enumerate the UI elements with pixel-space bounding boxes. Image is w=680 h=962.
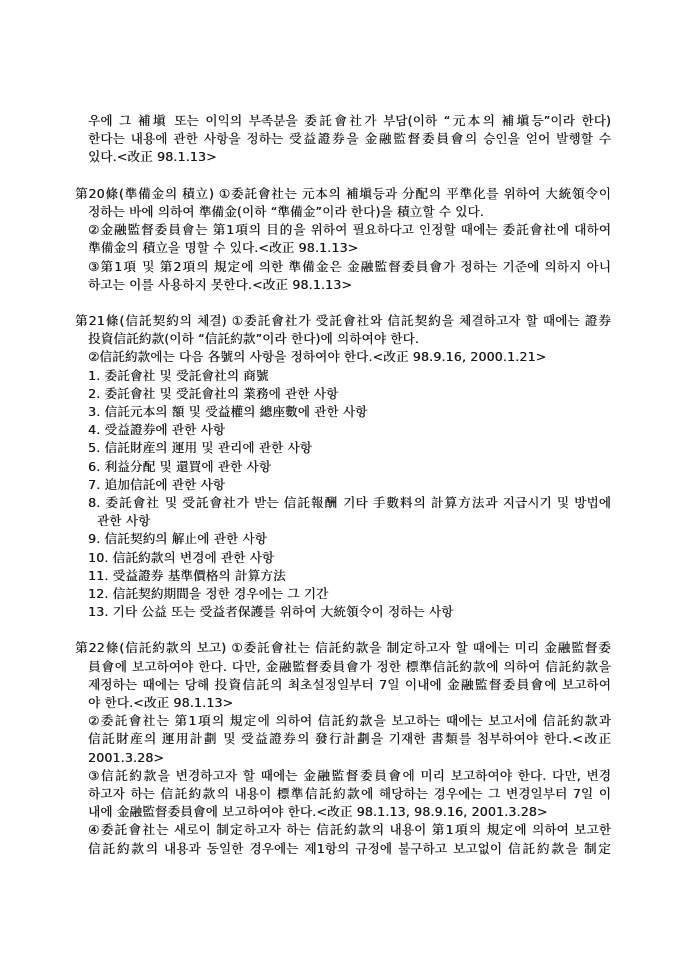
text-line: 하고는 이를 사용하지 못한다.<改正 98.1.13> — [75, 276, 611, 294]
list-item-line: 11. 受益證券 基準價格의 計算方法 — [75, 567, 611, 585]
text-line: 하고자 하는 信託約款의 내용이 標準信託約款에 해당하는 경우에는 그 변경일… — [75, 785, 611, 803]
text-line: 準備金의 積立을 명할 수 있다.<改正 98.1.13> — [75, 239, 611, 257]
article-20: 第20條(準備金의 積立) ①委託會社는 元本의 補塡등과 分配의 平準化를 위… — [75, 185, 611, 294]
document-body: 우에 그 補塡 또는 이익의 부족분을 委託會社가 부담(이하 “元本의 補塡등… — [75, 112, 611, 858]
list-item-line: 10. 信託約款의 변경에 관한 사항 — [75, 549, 611, 567]
list-item-line: 5. 信託財産의 運用 및 관리에 관한 사항 — [75, 439, 611, 457]
text-line: 2001.3.28> — [75, 749, 611, 767]
list-item-line: 9. 信託契約의 解止에 관한 사항 — [75, 530, 611, 548]
text-line: 제정하는 때에는 당해 投資信託의 최초설정일부터 7일 이내에 金融監督委員會… — [75, 676, 611, 694]
list-item-line: 8. 委託會社 및 受託會社가 받는 信託報酬 기타 手數料의 計算方法과 지급… — [75, 494, 611, 512]
text-line: 있다.<改正 98.1.13> — [75, 148, 611, 166]
list-item-continuation-line: 관한 사항 — [75, 512, 611, 530]
text-line: 야 한다.<改正 98.1.13> — [75, 694, 611, 712]
list-item-line: 7. 追加信託에 관한 사항 — [75, 476, 611, 494]
list-item-line: 6. 利益分配 및 還買에 관한 사항 — [75, 458, 611, 476]
list-item-line: 3. 信託元本의 額 및 受益權의 總座數에 관한 사항 — [75, 403, 611, 421]
text-line: 投資信託約款(이하 “信託約款”이라 한다)에 의하여야 한다. — [75, 330, 611, 348]
text-line: ③信託約款을 변경하고자 할 때에는 金融監督委員會에 미리 보고하여야 한다.… — [75, 767, 611, 785]
text-line: ②信託約款에는 다음 各號의 사항을 정하여야 한다.<改正 98.9.16, … — [75, 348, 611, 366]
text-line: 정하는 바에 의하여 準備金(이하 “準備金”이라 한다)을 積立할 수 있다. — [75, 203, 611, 221]
article-heading-line: 第21條(信託契約의 체결) ①委託會社가 受託會社와 信託契約을 체결하고자 … — [75, 312, 611, 330]
list-item-line: 12. 信託契約期間을 정한 경우에는 그 기간 — [75, 585, 611, 603]
text-line: 信託約款의 내용과 동일한 경우에는 제1항의 규정에 불구하고 보고없이 信託… — [75, 840, 611, 858]
list-item-line: 2. 委託會社 및 受託會社의 業務에 관한 사항 — [75, 385, 611, 403]
text-line: ②金融監督委員會는 第1項의 目的을 위하여 필요하다고 인정할 때에는 委託會… — [75, 221, 611, 239]
text-line: 員會에 보고하여야 한다. 다만, 金融監督委員會가 정한 標準信託約款에 의하… — [75, 658, 611, 676]
article-21: 第21條(信託契約의 체결) ①委託會社가 受託會社와 信託契約을 체결하고자 … — [75, 312, 611, 621]
article-heading-line: 第20條(準備金의 積立) ①委託會社는 元本의 補塡등과 分配의 平準化를 위… — [75, 185, 611, 203]
text-line: ②委託會社는 第1項의 規定에 의하여 信託約款을 보고하는 때에는 보고서에 … — [75, 712, 611, 730]
list-item-line: 4. 受益證券에 관한 사항 — [75, 421, 611, 439]
document-page: 우에 그 補塡 또는 이익의 부족분을 委託會社가 부담(이하 “元本의 補塡등… — [0, 0, 680, 962]
text-line: ③第1項 및 第2項의 規定에 의한 準備金은 金融監督委員會가 정하는 기준에… — [75, 258, 611, 276]
article-22: 第22條(信託約款의 보고) ①委託會社는 信託約款을 制定하고자 할 때에는 … — [75, 639, 611, 857]
article-heading-line: 第22條(信託約款의 보고) ①委託會社는 信託約款을 制定하고자 할 때에는 … — [75, 639, 611, 657]
list-item-line: 1. 委託會社 및 受託會社의 商號 — [75, 367, 611, 385]
text-line: 내에 金融監督委員會에 보고하여야 한다.<改正 98.1.13, 98.9.1… — [75, 803, 611, 821]
paragraph-continuation: 우에 그 補塡 또는 이익의 부족분을 委託會社가 부담(이하 “元本의 補塡등… — [75, 112, 611, 167]
text-line: 信託財産의 運用計劃 및 受益證券의 發行計劃을 기재한 書類를 첨부하여야 한… — [75, 730, 611, 748]
text-line: ④委託會社는 새로이 制定하고자 하는 信託約款의 내용이 第1項의 規定에 의… — [75, 821, 611, 839]
list-item-line: 13. 기타 公益 또는 受益者保護를 위하여 大統領令이 정하는 사항 — [75, 603, 611, 621]
text-line: 한다는 내용에 관한 사항을 정하는 受益證券을 金融監督委員會의 승인을 얻어… — [75, 130, 611, 148]
text-line: 우에 그 補塡 또는 이익의 부족분을 委託會社가 부담(이하 “元本의 補塡등… — [75, 112, 611, 130]
